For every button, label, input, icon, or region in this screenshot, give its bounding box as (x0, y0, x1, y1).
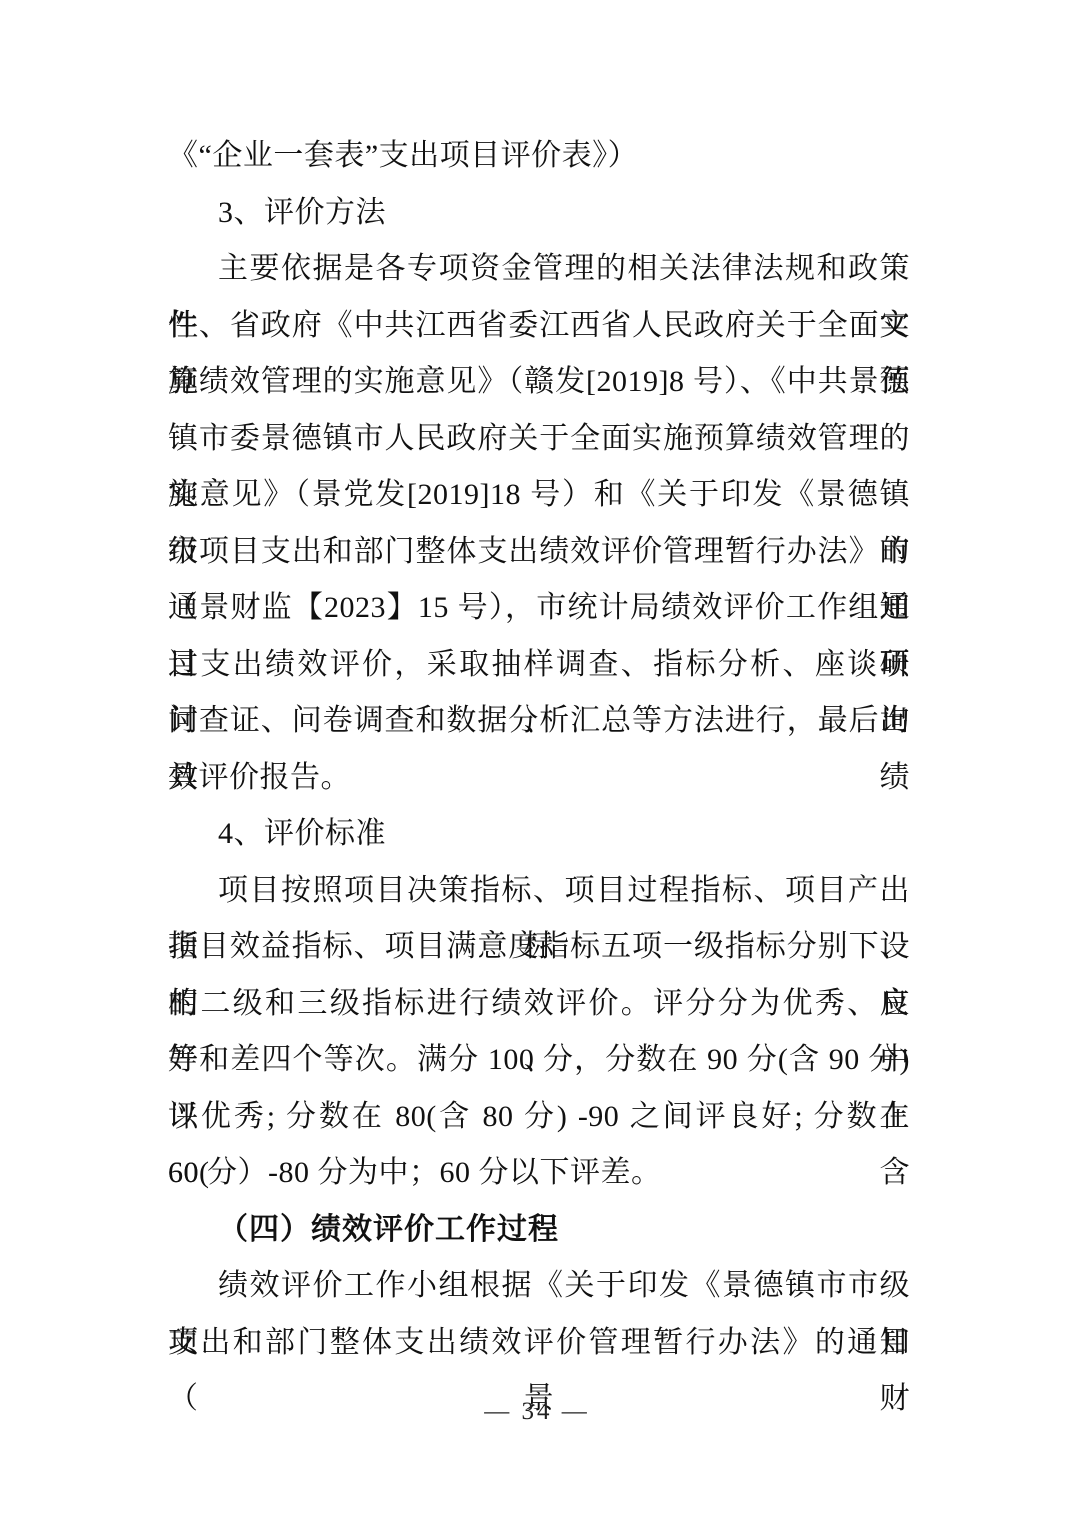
heading-evaluation-method: 3、评价方法 (168, 185, 910, 242)
text-line: 件、省政府《中共江西省委江西省人民政府关于全面实施预 (168, 298, 910, 355)
document-body: 《“企业一套表”支出项目评价表》） 3、评价方法 主要依据是各专项资金管理的相关… (168, 128, 910, 1371)
paragraph-evaluation-method-body: 主要依据是各专项资金管理的相关法律法规和政策性文 件、省政府《中共江西省委江西省… (168, 241, 910, 806)
text-line: 项目按照项目决策指标、项目过程指标、项目产出指标、 (168, 863, 910, 920)
text-line: 镇市委景德镇市人民政府关于全面实施预算绩效管理的实 (168, 411, 910, 468)
text-line: 项目效益指标、项目满意度指标五项一级指标分别下设相应 (168, 919, 910, 976)
text-line: 算绩效管理的实施意见》（赣发[2019]8 号）、《中共景德 (168, 354, 910, 411)
heading-evaluation-standard: 4、评价标准 (168, 806, 910, 863)
text-line: 的二级和三级指标进行绩效评价。评分分为优秀、良好、中 (168, 976, 910, 1033)
text-line: 4、评价标准 (168, 806, 910, 863)
document-page: 《“企业一套表”支出项目评价表》） 3、评价方法 主要依据是各专项资金管理的相关… (0, 0, 1074, 1520)
paragraph-evaluation-standard-body: 项目按照项目决策指标、项目过程指标、项目产出指标、 项目效益指标、项目满意度指标… (168, 863, 910, 1202)
text-line: 级项目支出和部门整体支出绩效评价管理暂行办法》的通知 (168, 524, 910, 581)
text-line: 评优秀; 分数在 80(含 80 分) -90 之间评良好; 分数在 60(含 (168, 1089, 910, 1146)
text-line: 施意见》（景党发[2019]18 号）和《关于印发《景德镇市市 (168, 467, 910, 524)
page-number: — 34 — (0, 1398, 1074, 1426)
text-line: （景财监【2023】15 号），市统计局绩效评价工作组通过项 (168, 580, 910, 637)
paragraph-table-reference-continuation: 《“企业一套表”支出项目评价表》） (168, 128, 910, 185)
text-line: 《“企业一套表”支出项目评价表》） (168, 128, 910, 185)
text-line: 主要依据是各专项资金管理的相关法律法规和政策性文 (168, 241, 910, 298)
text-line: 支出和部门整体支出绩效评价管理暂行办法》的通知（景财 (168, 1315, 910, 1372)
text-line: 3、评价方法 (168, 185, 910, 242)
text-line: 目支出绩效评价，采取抽样调查、指标分析、座谈研讨、询 (168, 637, 910, 694)
paragraph-evaluation-process-body: 绩效评价工作小组根据《关于印发《景德镇市市级项目 支出和部门整体支出绩效评价管理… (168, 1258, 910, 1371)
text-line: 绩效评价工作小组根据《关于印发《景德镇市市级项目 (168, 1258, 910, 1315)
text-line: 问查证、问卷调查和数据分析汇总等方法进行，最后出具绩 (168, 693, 910, 750)
text-line: 等和差四个等次。满分 100 分，分数在 90 分(含 90 分)以上 (168, 1032, 910, 1089)
heading-evaluation-process: （四）绩效评价工作过程 (168, 1202, 910, 1259)
text-line: （四）绩效评价工作过程 (168, 1202, 910, 1259)
